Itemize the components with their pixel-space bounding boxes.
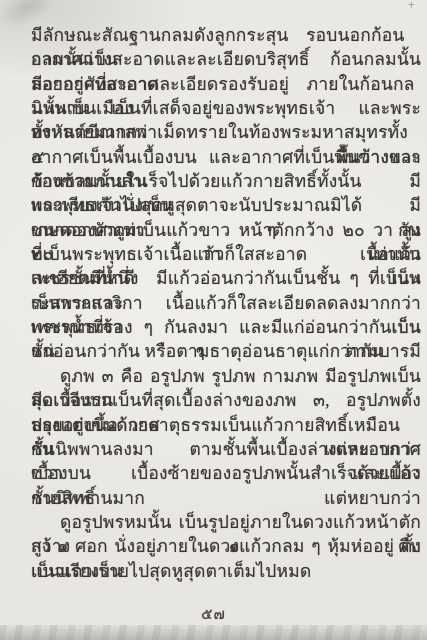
body-text: มีลักษณะสัณฐานกลมดังลูกกระสุน รอบนอกก้อน… [31,23,421,583]
text-line: สูง ๑ ศอก นั่งอยู่ภายในดวงแก้วกลม ๆ หุ้ม… [31,534,421,558]
text-line: แก่อ่อนกว่ากัน หรือตามธาตุอ่อนธาตุแก่กว่… [31,339,421,363]
text-line: ดูอรูปพรหมนั้น เบ็นรูปอยู่ภายในดวงแก้วหน… [31,510,421,534]
text-line: ที่เบ็นพระพุทธเจ้าเนื้อแก้วก็ใสสะอาด เนื… [31,242,421,266]
text-line: แนวเรียงรายไปสุดหูสุดตาเต็มไปหมด [31,559,421,583]
text-line: อากาศเบ็นพื้นเบื้องบน และอากาศที่เบ็นพื้… [31,145,421,169]
text-line: มีอเวจีนรกเบ็นที่สุดเบื้องล่างของภพ ๓, อ… [31,388,421,412]
text-line: นิพพาน เบ็นที่เสด็จอยู่ของพระพุทธเจ้า แล… [31,96,421,120]
text-line: แถวเรียงกันไปสุดหูสุดตาจะนับประมาณมิได้ … [31,193,421,217]
text-line: ทั้งหลายมากกว่าเม็ดทรายในท้องพระมหาสมุทร… [31,120,421,144]
text-line: ดูภพ ๓ คือ อรูปภพ รูปภพ กามภพ มีอรูปภพเบ… [31,364,421,388]
text-line: เกษดอกบัวตูมเบ็นแก้วขาว หน้าตักกว้าง ๒๐ … [31,218,421,242]
paragraph-2: ดูภพ ๓ คือ อรูปภพ รูปภพ กามภพ มีอรูปภพเบ… [31,364,421,510]
text-line: ปรุงแต่งขึ้นด้วยธาตุธรรมเบ็นแก้วกายสิทธิ… [31,413,421,437]
text-line: เพชรน้ำที่รอง ๆ กันลงมา และมีแก่อ่อนกว่า… [31,315,421,339]
scan-bottom-edge [0,625,427,640]
scan-mark: + [408,0,415,11]
page-number: ๕๗ [0,602,427,626]
paragraph-3: ดูอรูปพรหมนั้น เบ็นรูปอยู่ภายในดวงแก้วหน… [31,510,421,583]
text-line: อากาศว่างสะอาดและละเอียดบริสุทธิ์ ก้อนกล… [31,47,421,71]
scanned-page: + มีลักษณะสัณฐานกลมดังลูกกระสุน รอบนอกก้… [0,0,427,640]
text-line: มีอากาศที่สะอาดละเอียดรองรับอยู่ ภายในก้… [31,72,421,96]
text-line: ก้อนกลมนั้นสำเร็จไปด้วยแก้วกายสิทธิ์ทั้ง… [31,169,421,193]
text-line: เพชรชั้นที่หนึ่ง มีแก้วอ่อนกว่ากันเบ็นชั… [31,266,421,290]
paragraph-1: มีลักษณะสัณฐานกลมดังลูกกระสุน รอบนอกก้อน… [31,23,421,364]
text-line: มีลักษณะสัณฐานกลมดังลูกกระสุน รอบนอกก้อน… [31,23,421,47]
text-line: ขวา เบื้องซ้ายของอรูปภพนั้นสำเร็จด้วยแก้… [31,461,421,485]
text-line: ชั้นนิพพานลงมา ตามชั้นพื้นเบื้องล่างและอ… [31,437,421,461]
text-line: เบ็นพระสาวิกา เนื้อแก้วก็ใสละเอียดลดลงมา… [31,291,421,315]
